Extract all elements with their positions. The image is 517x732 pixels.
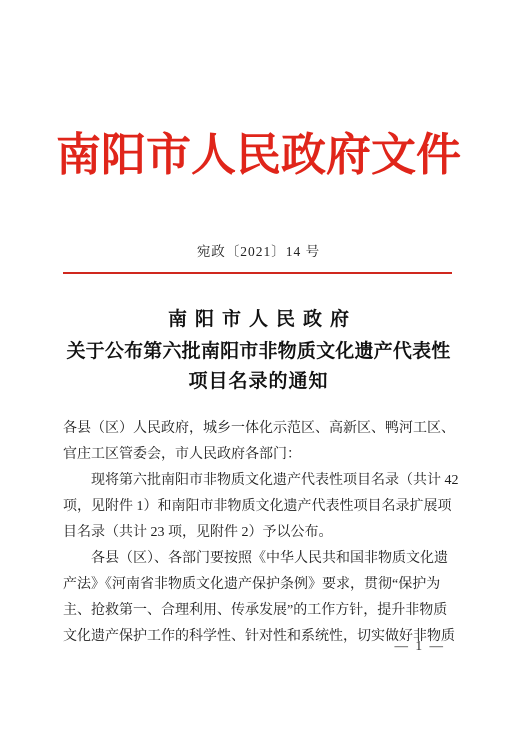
title-line-subject: 关于公布第六批南阳市非物质文化遗产代表性 — [0, 340, 517, 364]
body-line: 目名录（共计 23 项，见附件 2）予以公布。 — [63, 520, 457, 546]
title-line-issuer: 南阳市人民政府 — [0, 308, 517, 332]
body-line: 现将第六批南阳市非物质文化遗产代表性项目名录（共计 42 — [63, 468, 457, 494]
red-separator-line — [63, 272, 452, 274]
body-line: 项，见附件 1）和南阳市非物质文化遗产代表性项目名录扩展项 — [63, 494, 457, 520]
document-page: 南阳市人民政府文件 宛政〔2021〕14 号 南阳市人民政府 关于公布第六批南阳… — [0, 0, 517, 732]
body-line: 官庄工区管委会，市人民政府各部门： — [63, 442, 457, 468]
title-line-notice: 项目名录的通知 — [0, 370, 517, 394]
page-number: — 1 — — [395, 637, 446, 655]
body-line: 主、抢救第一、合理利用、传承发展”的工作方针，提升非物质 — [63, 598, 457, 624]
body-line: 产法》《河南省非物质文化遗产保护条例》要求，贯彻“保护为 — [63, 572, 457, 598]
body-text: 各县（区）人民政府，城乡一体化示范区、高新区、鸭河工区、 官庄工区管委会，市人民… — [63, 416, 457, 650]
document-number: 宛政〔2021〕14 号 — [0, 243, 517, 261]
body-line: 各县（区）、各部门要按照《中华人民共和国非物质文化遗 — [63, 546, 457, 572]
body-line: 各县（区）人民政府，城乡一体化示范区、高新区、鸭河工区、 — [63, 416, 457, 442]
red-header-title: 南阳市人民政府文件 — [0, 124, 517, 186]
